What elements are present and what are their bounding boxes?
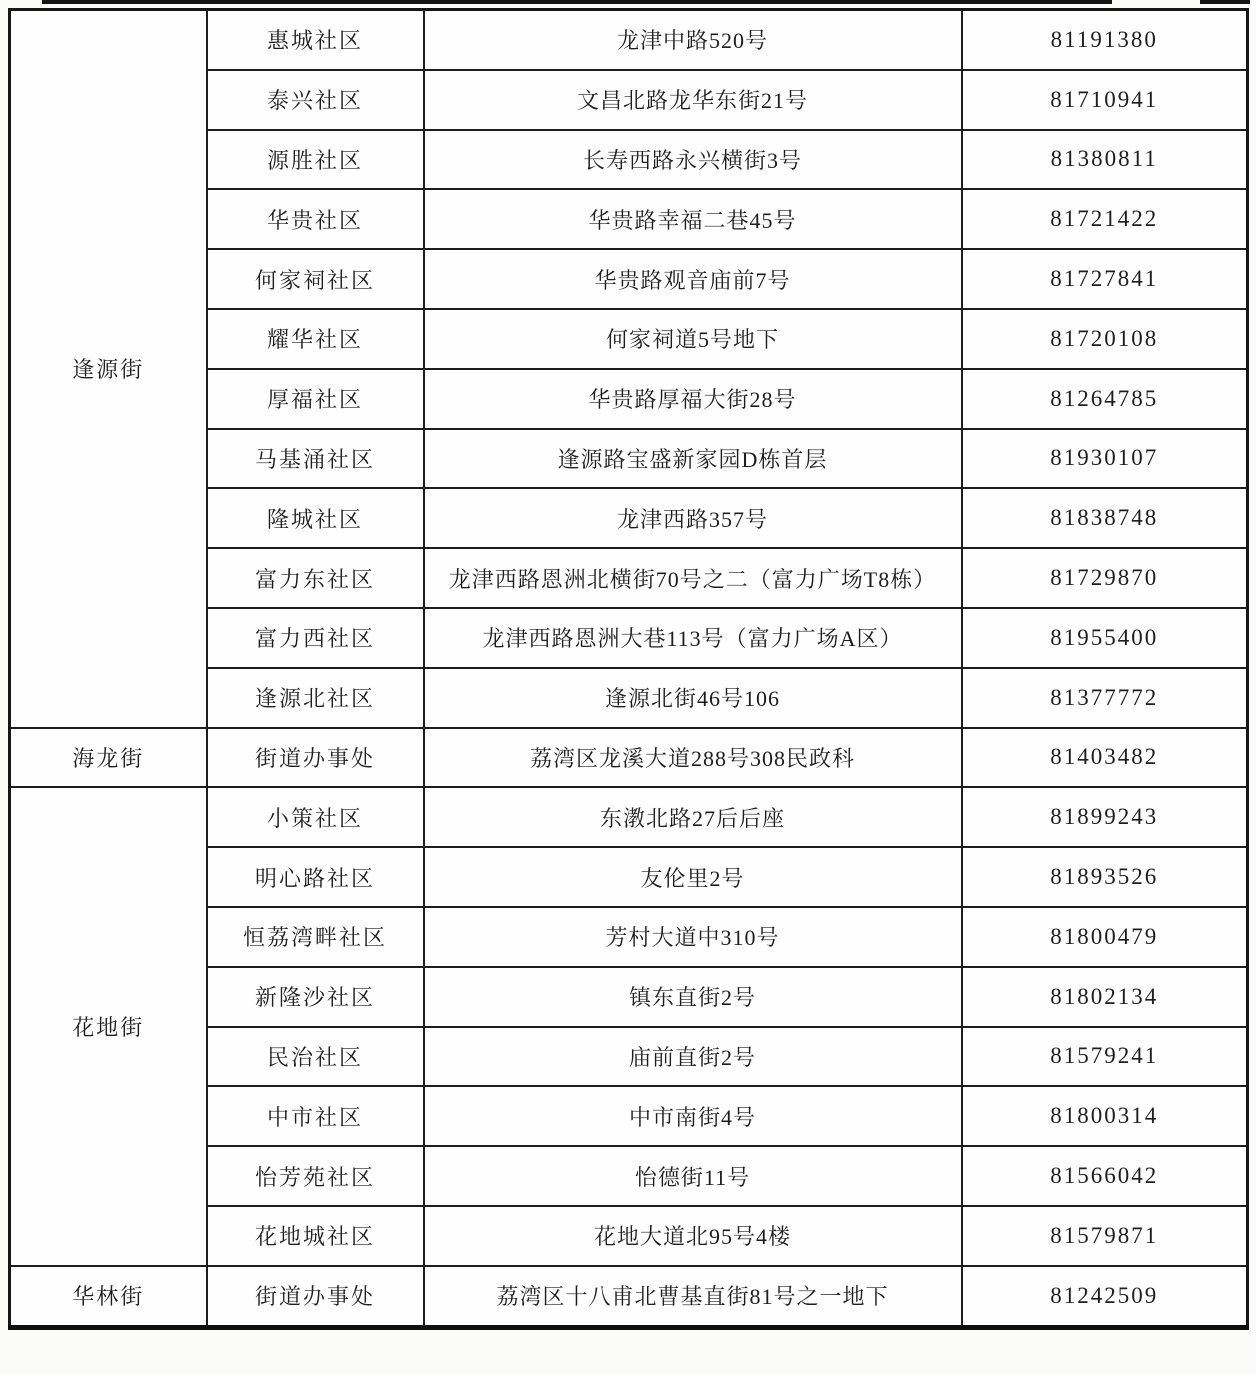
community-cell: 厚福社区 (207, 369, 424, 429)
community-cell: 富力东社区 (207, 548, 424, 608)
address-cell: 芳村大道中310号 (424, 907, 962, 967)
address-cell: 龙津西路357号 (424, 488, 962, 548)
community-cell: 新隆沙社区 (207, 967, 424, 1027)
phone-cell: 81800479 (962, 907, 1248, 967)
address-cell: 长寿西路永兴横街3号 (424, 130, 962, 190)
address-cell: 何家祠道5号地下 (424, 309, 962, 369)
community-cell: 明心路社区 (207, 847, 424, 907)
street-cell: 海龙街 (10, 728, 207, 788)
address-cell: 龙津西路恩洲大巷113号（富力广场A区） (424, 608, 962, 668)
table-row: 花地街小策社区东漖北路27后后座81899243 (10, 787, 1248, 847)
phone-cell: 81242509 (962, 1266, 1248, 1327)
address-cell: 龙津中路520号 (424, 10, 962, 70)
community-cell: 隆城社区 (207, 488, 424, 548)
phone-cell: 81264785 (962, 369, 1248, 429)
community-cell: 怡芳苑社区 (207, 1146, 424, 1206)
scan-top-edge-left (42, 0, 1112, 4)
scanned-page: 逢源街惠城社区龙津中路520号81191380泰兴社区文昌北路龙华东街21号81… (0, 0, 1256, 1375)
phone-cell: 81191380 (962, 10, 1248, 70)
phone-cell: 81802134 (962, 967, 1248, 1027)
address-cell: 逢源路宝盛新家园D栋首层 (424, 429, 962, 489)
community-cell: 华贵社区 (207, 189, 424, 249)
community-cell: 耀华社区 (207, 309, 424, 369)
community-cell: 何家祠社区 (207, 249, 424, 309)
table-row: 海龙街街道办事处荔湾区龙溪大道288号308民政科81403482 (10, 728, 1248, 788)
table-row: 逢源街惠城社区龙津中路520号81191380 (10, 10, 1248, 70)
address-cell: 华贵路幸福二巷45号 (424, 189, 962, 249)
community-cell: 源胜社区 (207, 130, 424, 190)
community-cell: 小策社区 (207, 787, 424, 847)
scan-top-edge-right (1200, 0, 1250, 4)
community-cell: 富力西社区 (207, 608, 424, 668)
phone-cell: 81579871 (962, 1206, 1248, 1266)
phone-cell: 81380811 (962, 130, 1248, 190)
address-cell: 中市南街4号 (424, 1086, 962, 1146)
phone-cell: 81579241 (962, 1027, 1248, 1087)
community-cell: 民治社区 (207, 1027, 424, 1087)
community-cell: 街道办事处 (207, 728, 424, 788)
address-cell: 东漖北路27后后座 (424, 787, 962, 847)
address-cell: 镇东直街2号 (424, 967, 962, 1027)
address-cell: 华贵路观音庙前7号 (424, 249, 962, 309)
contact-table-body: 逢源街惠城社区龙津中路520号81191380泰兴社区文昌北路龙华东街21号81… (10, 10, 1248, 1328)
phone-cell: 81930107 (962, 429, 1248, 489)
address-cell: 怡德街11号 (424, 1146, 962, 1206)
phone-cell: 81377772 (962, 668, 1248, 728)
phone-cell: 81727841 (962, 249, 1248, 309)
table-row: 华林街街道办事处荔湾区十八甫北曹基直街81号之一地下81242509 (10, 1266, 1248, 1327)
phone-cell: 81720108 (962, 309, 1248, 369)
phone-cell: 81899243 (962, 787, 1248, 847)
address-cell: 荔湾区龙溪大道288号308民政科 (424, 728, 962, 788)
address-cell: 龙津西路恩洲北横街70号之二（富力广场T8栋） (424, 548, 962, 608)
community-cell: 街道办事处 (207, 1266, 424, 1327)
community-cell: 马基涌社区 (207, 429, 424, 489)
community-cell: 恒荔湾畔社区 (207, 907, 424, 967)
phone-cell: 81721422 (962, 189, 1248, 249)
contact-table: 逢源街惠城社区龙津中路520号81191380泰兴社区文昌北路龙华东街21号81… (8, 8, 1249, 1330)
address-cell: 华贵路厚福大街28号 (424, 369, 962, 429)
phone-cell: 81729870 (962, 548, 1248, 608)
community-cell: 中市社区 (207, 1086, 424, 1146)
address-cell: 庙前直街2号 (424, 1027, 962, 1087)
street-cell: 花地街 (10, 787, 207, 1265)
address-cell: 荔湾区十八甫北曹基直街81号之一地下 (424, 1266, 962, 1327)
phone-cell: 81710941 (962, 70, 1248, 130)
phone-cell: 81800314 (962, 1086, 1248, 1146)
phone-cell: 81955400 (962, 608, 1248, 668)
address-cell: 文昌北路龙华东街21号 (424, 70, 962, 130)
phone-cell: 81403482 (962, 728, 1248, 788)
community-cell: 逢源北社区 (207, 668, 424, 728)
street-cell: 逢源街 (10, 10, 207, 728)
address-cell: 友伦里2号 (424, 847, 962, 907)
phone-cell: 81838748 (962, 488, 1248, 548)
address-cell: 逢源北街46号106 (424, 668, 962, 728)
address-cell: 花地大道北95号4楼 (424, 1206, 962, 1266)
street-cell: 华林街 (10, 1266, 207, 1327)
community-cell: 泰兴社区 (207, 70, 424, 130)
phone-cell: 81893526 (962, 847, 1248, 907)
community-cell: 惠城社区 (207, 10, 424, 70)
community-cell: 花地城社区 (207, 1206, 424, 1266)
phone-cell: 81566042 (962, 1146, 1248, 1206)
